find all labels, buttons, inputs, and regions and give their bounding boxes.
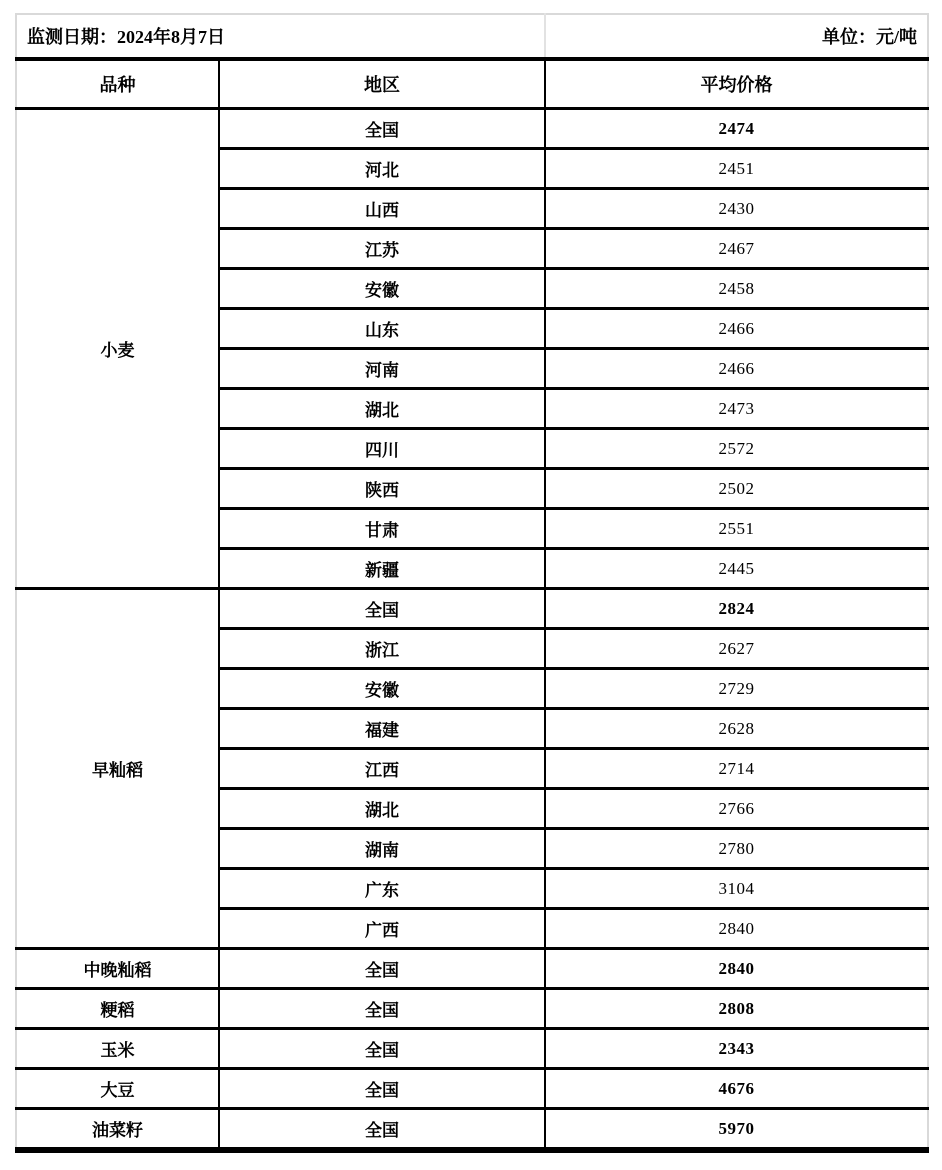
table-row: 小麦全国2474: [16, 109, 928, 149]
region-cell: 全国: [219, 1069, 545, 1109]
price-cell: 3104: [545, 869, 928, 909]
table-row: 玉米全国2343: [16, 1029, 928, 1069]
region-cell: 河北: [219, 149, 545, 189]
price-cell: 2445: [545, 549, 928, 589]
region-cell: 全国: [219, 589, 545, 629]
price-cell: 4676: [545, 1069, 928, 1109]
price-cell: 2627: [545, 629, 928, 669]
region-cell: 全国: [219, 989, 545, 1029]
price-cell: 2628: [545, 709, 928, 749]
region-cell: 山西: [219, 189, 545, 229]
price-cell: 2824: [545, 589, 928, 629]
price-cell: 2451: [545, 149, 928, 189]
price-cell: 2766: [545, 789, 928, 829]
price-cell: 2430: [545, 189, 928, 229]
region-cell: 湖南: [219, 829, 545, 869]
region-cell: 江苏: [219, 229, 545, 269]
price-cell: 2466: [545, 349, 928, 389]
region-cell: 陕西: [219, 469, 545, 509]
variety-cell: 粳稻: [16, 989, 219, 1029]
region-cell: 广西: [219, 909, 545, 949]
price-cell: 2502: [545, 469, 928, 509]
region-cell: 新疆: [219, 549, 545, 589]
region-cell: 福建: [219, 709, 545, 749]
grain-price-table: 监测日期：2024年8月7日 单位：元/吨 品种 地区 平均价格 小麦全国247…: [15, 13, 929, 1153]
col-header-price: 平均价格: [545, 59, 928, 109]
col-header-region: 地区: [219, 59, 545, 109]
region-cell: 江西: [219, 749, 545, 789]
region-cell: 全国: [219, 109, 545, 149]
grain-price-report-page: 监测日期：2024年8月7日 单位：元/吨 品种 地区 平均价格 小麦全国247…: [0, 0, 942, 1170]
region-cell: 广东: [219, 869, 545, 909]
region-cell: 全国: [219, 1029, 545, 1069]
region-cell: 河南: [219, 349, 545, 389]
price-cell: 2808: [545, 989, 928, 1029]
variety-cell: 油菜籽: [16, 1109, 219, 1151]
table-row: 油菜籽全国5970: [16, 1109, 928, 1151]
variety-cell: 大豆: [16, 1069, 219, 1109]
monitoring-date-label: 监测日期：2024年8月7日: [16, 14, 545, 59]
region-cell: 甘肃: [219, 509, 545, 549]
variety-cell: 小麦: [16, 109, 219, 589]
price-cell: 2840: [545, 949, 928, 989]
region-cell: 安徽: [219, 669, 545, 709]
meta-row: 监测日期：2024年8月7日 单位：元/吨: [16, 14, 928, 59]
price-cell: 2343: [545, 1029, 928, 1069]
price-cell: 5970: [545, 1109, 928, 1151]
price-cell: 2551: [545, 509, 928, 549]
price-cell: 2729: [545, 669, 928, 709]
price-cell: 2840: [545, 909, 928, 949]
region-cell: 山东: [219, 309, 545, 349]
region-cell: 全国: [219, 949, 545, 989]
variety-cell: 中晚籼稻: [16, 949, 219, 989]
region-cell: 四川: [219, 429, 545, 469]
table-row: 大豆全国4676: [16, 1069, 928, 1109]
col-header-variety: 品种: [16, 59, 219, 109]
price-cell: 2780: [545, 829, 928, 869]
region-cell: 全国: [219, 1109, 545, 1151]
unit-label: 单位：元/吨: [545, 14, 928, 59]
region-cell: 安徽: [219, 269, 545, 309]
price-cell: 2467: [545, 229, 928, 269]
price-cell: 2458: [545, 269, 928, 309]
region-cell: 湖北: [219, 389, 545, 429]
region-cell: 浙江: [219, 629, 545, 669]
price-cell: 2572: [545, 429, 928, 469]
variety-cell: 玉米: [16, 1029, 219, 1069]
region-cell: 湖北: [219, 789, 545, 829]
price-cell: 2714: [545, 749, 928, 789]
table-row: 中晚籼稻全国2840: [16, 949, 928, 989]
price-cell: 2466: [545, 309, 928, 349]
column-header-row: 品种 地区 平均价格: [16, 59, 928, 109]
table-row: 粳稻全国2808: [16, 989, 928, 1029]
table-row: 早籼稻全国2824: [16, 589, 928, 629]
price-cell: 2474: [545, 109, 928, 149]
variety-cell: 早籼稻: [16, 589, 219, 949]
price-cell: 2473: [545, 389, 928, 429]
